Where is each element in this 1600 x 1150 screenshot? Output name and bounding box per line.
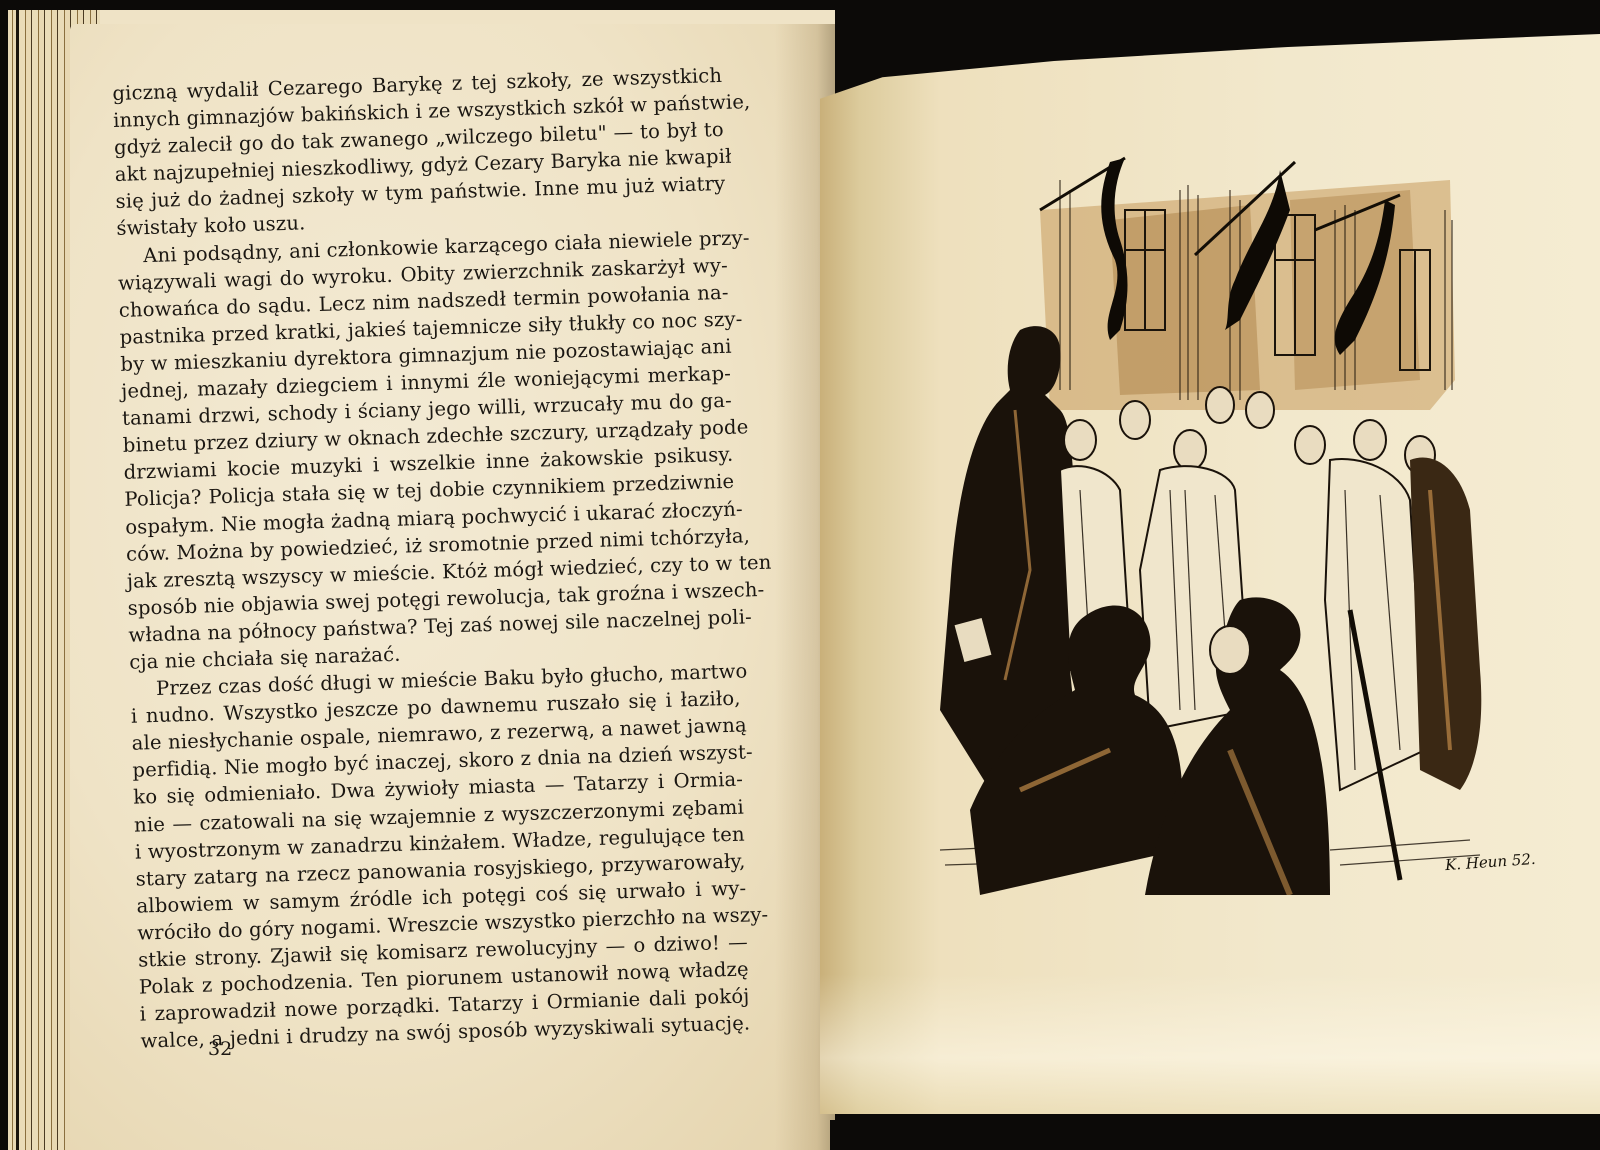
book-spread: giczną wydalił Cezarego Barykę z tej szk… [0,0,1600,1150]
body-text: giczną wydalił Cezarego Barykę z tej szk… [112,62,751,1055]
illustration-drawing [930,150,1490,895]
binding-shadow [830,1120,950,1150]
page-number: 32 [208,1038,232,1060]
illustration-crowd-with-flags [930,150,1490,895]
